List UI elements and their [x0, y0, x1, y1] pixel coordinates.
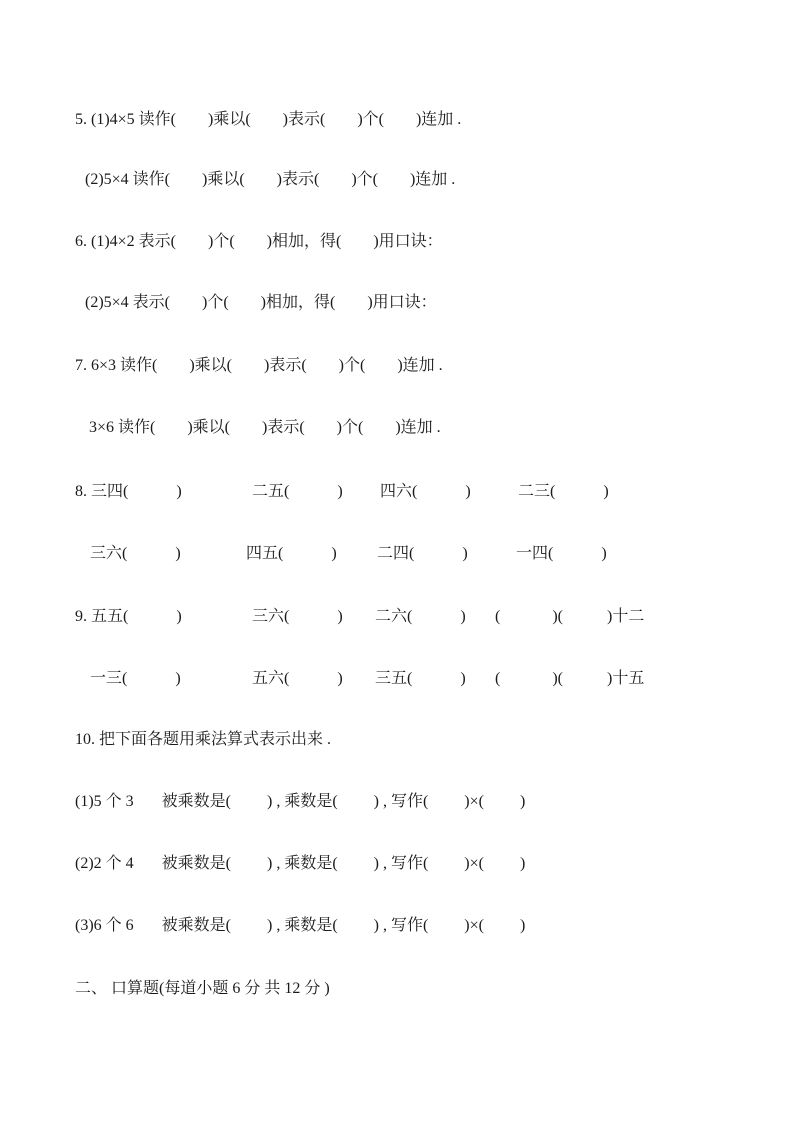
q5-line-2: (2)5×4 读作( )乘以( )表示( )个( )连加 . — [85, 169, 455, 191]
q8-row1-cell-2: 二五( ) — [252, 481, 343, 503]
q6-line-1: 6. (1)4×2 表示( )个( )相加，得( )用口诀： — [75, 231, 443, 253]
q8-row-2: 三六( ) 四五( ) 二四( ) 一四( ) — [0, 543, 793, 565]
q8-row-1: 8. 三四( ) 二五( ) 四六( ) 二三( ) — [0, 481, 793, 503]
q10-item-1: (1)5 个 3 被乘数是( ) , 乘数是( ) , 写作( )×( ) — [75, 791, 525, 813]
q9-row1-cell-3: 二六( ) — [375, 606, 466, 628]
q8-row2-cell-1: 三六( ) — [90, 543, 181, 565]
q8-row2-cell-3: 二四( ) — [377, 543, 468, 565]
q5-line-1: 5. (1)4×5 读作( )乘以( )表示( )个( )连加 . — [75, 109, 461, 131]
q10-header: 10. 把下面各题用乘法算式表示出来 . — [75, 729, 331, 751]
q6-line-2: (2)5×4 表示( )个( )相加，得( )用口诀： — [85, 292, 437, 314]
q9-row1-cell-2: 三六( ) — [252, 606, 343, 628]
q7-line-1: 7. 6×3 读作( )乘以( )表示( )个( )连加 . — [75, 355, 443, 377]
q9-row2-cell-4: ( )( )十五 — [495, 668, 644, 690]
q9-row2-cell-3: 三五( ) — [375, 668, 466, 690]
q9-row-1: 9. 五五( ) 三六( ) 二六( ) ( )( )十二 — [0, 606, 793, 628]
q9-row1-cell-1: 9. 五五( ) — [75, 606, 182, 628]
q7-line-2: 3×6 读作( )乘以( )表示( )个( )连加 . — [89, 417, 441, 439]
q8-row2-cell-4: 一四( ) — [516, 543, 607, 565]
section-two-header: 二、 口算题(每道小题 6 分 共 12 分 ) — [75, 978, 330, 1000]
q10-item-2: (2)2 个 4 被乘数是( ) , 乘数是( ) , 写作( )×( ) — [75, 853, 525, 875]
q9-row-2: 一三( ) 五六( ) 三五( ) ( )( )十五 — [0, 668, 793, 690]
worksheet-page: 5. (1)4×5 读作( )乘以( )表示( )个( )连加 . (2)5×4… — [0, 0, 793, 1122]
q8-row1-cell-1: 8. 三四( ) — [75, 481, 182, 503]
q9-row2-cell-1: 一三( ) — [90, 668, 181, 690]
q10-item-3: (3)6 个 6 被乘数是( ) , 乘数是( ) , 写作( )×( ) — [75, 915, 525, 937]
q8-row2-cell-2: 四五( ) — [246, 543, 337, 565]
q9-row1-cell-4: ( )( )十二 — [495, 606, 644, 628]
q8-row1-cell-3: 四六( ) — [380, 481, 471, 503]
q9-row2-cell-2: 五六( ) — [252, 668, 343, 690]
q8-row1-cell-4: 二三( ) — [518, 481, 609, 503]
